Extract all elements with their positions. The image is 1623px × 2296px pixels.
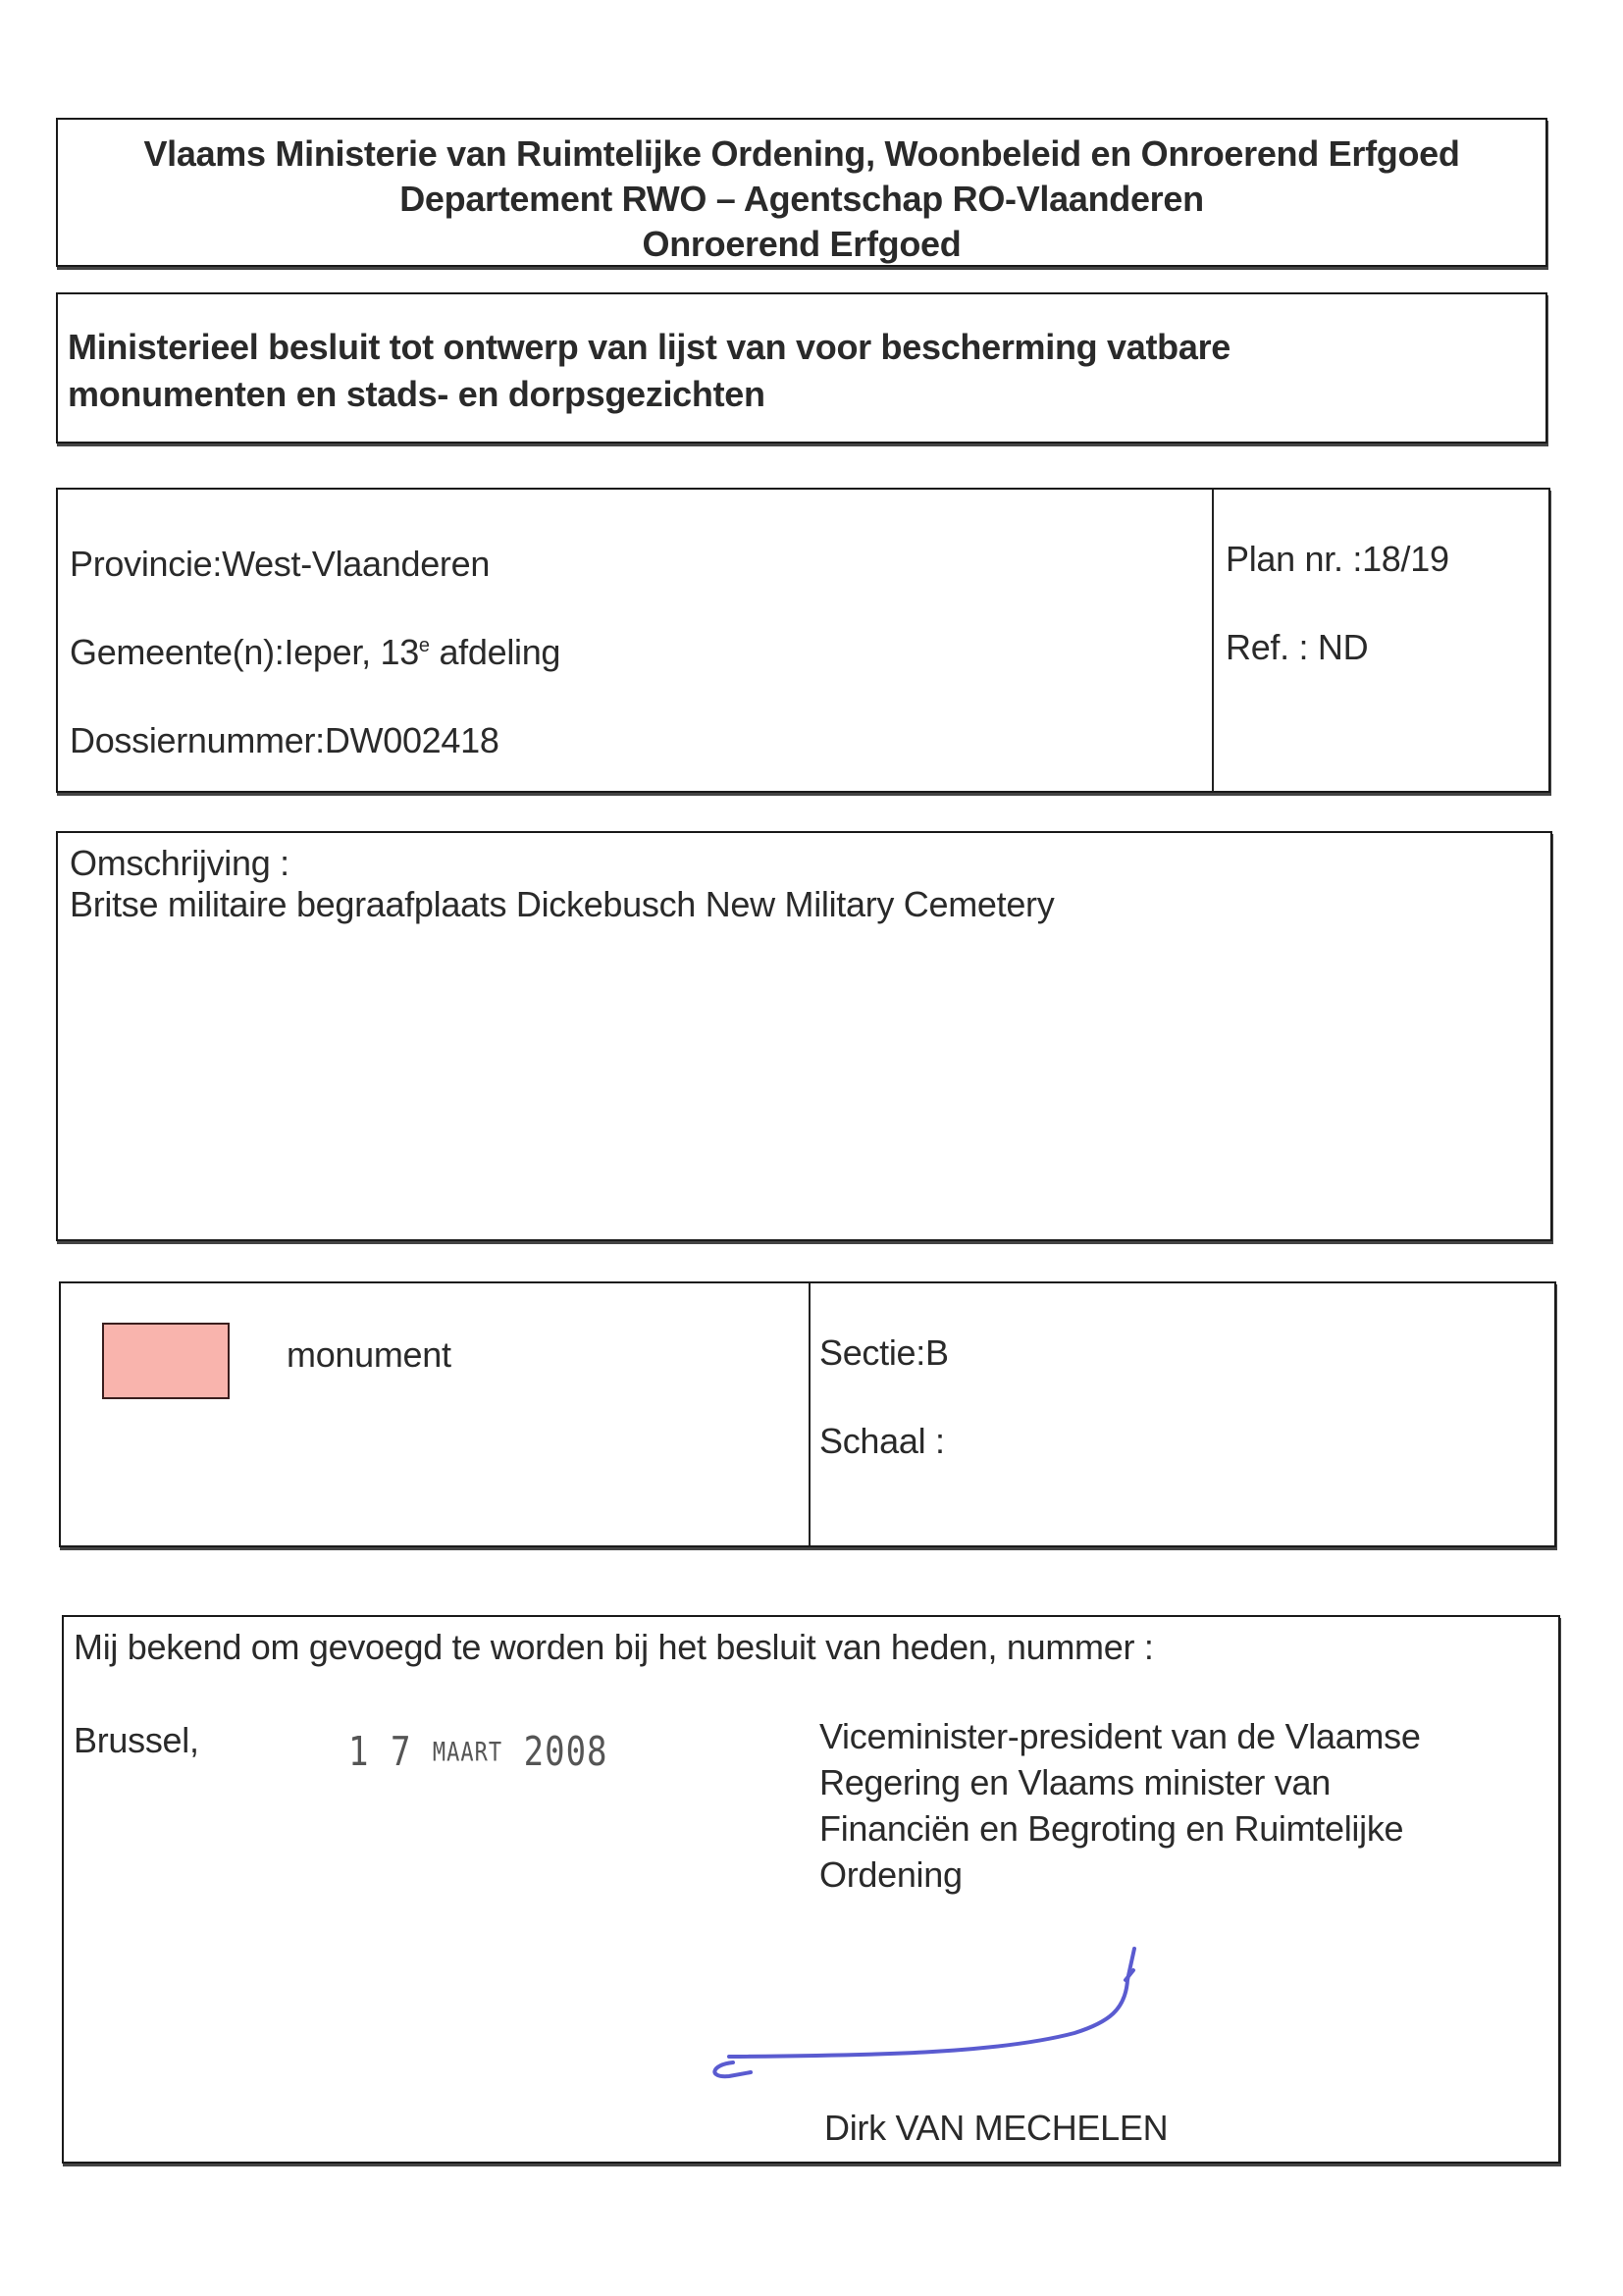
role-line-4: Ordening — [819, 1852, 1421, 1898]
location-box: Provincie:West-Vlaanderen Gemeente(n):Ie… — [56, 488, 1550, 793]
stamp-year: 2008 — [524, 1729, 608, 1776]
date-stamp: 1 7 MAART 2008 — [348, 1729, 608, 1776]
role-line-1: Viceminister-president van de Vlaamse — [819, 1713, 1421, 1759]
agency-name: Onroerend Erfgoed — [58, 222, 1545, 267]
stamp-day: 1 7 — [348, 1729, 411, 1776]
department-name: Departement RWO – Agentschap RO-Vlaander… — [58, 177, 1545, 222]
signatory-role: Viceminister-president van de Vlaamse Re… — [819, 1713, 1421, 1898]
legend-box: monument Sectie:B Schaal : — [59, 1281, 1556, 1547]
ministry-header-text: Vlaams Ministerie van Ruimtelijke Ordeni… — [58, 120, 1545, 267]
gemeente-field: Gemeente(n):Ieper, 13e afdeling — [70, 632, 560, 673]
place-field: Brussel, — [74, 1720, 199, 1761]
gemeente-value: Gemeente(n):Ieper, 13 — [70, 632, 419, 672]
handwritten-signature — [672, 1941, 1182, 2098]
gemeente-superscript: e — [419, 635, 430, 656]
signature-box: Mij bekend om gevoegd te worden bij het … — [62, 1615, 1560, 2164]
monument-legend-label: monument — [287, 1334, 451, 1376]
role-line-2: Regering en Vlaams minister van — [819, 1759, 1421, 1805]
description-box: Omschrijving : Britse militaire begraafp… — [56, 831, 1552, 1241]
ministry-name: Vlaams Ministerie van Ruimtelijke Ordeni… — [58, 131, 1545, 177]
stamp-month: MAART — [433, 1739, 502, 1768]
signatory-name: Dirk VAN MECHELEN — [824, 2108, 1168, 2149]
decree-title-line-1: Ministerieel besluit tot ontwerp van lij… — [68, 324, 1545, 371]
plan-number-field: Plan nr. :18/19 — [1226, 539, 1449, 580]
monument-legend-swatch — [102, 1323, 230, 1399]
schaal-field: Schaal : — [819, 1421, 945, 1462]
description-text: Britse militaire begraafplaats Dickebusc… — [70, 884, 1054, 925]
description-label: Omschrijving : — [70, 843, 289, 884]
gemeente-suffix: afdeling — [430, 632, 560, 672]
decree-title: Ministerieel besluit tot ontwerp van lij… — [58, 294, 1545, 418]
reference-field: Ref. : ND — [1226, 627, 1368, 668]
decree-title-box: Ministerieel besluit tot ontwerp van lij… — [56, 292, 1547, 444]
legend-divider — [809, 1283, 811, 1545]
sectie-field: Sectie:B — [819, 1332, 949, 1374]
dossier-field: Dossiernummer:DW002418 — [70, 720, 499, 761]
role-line-3: Financiën en Begroting en Ruimtelijke — [819, 1805, 1421, 1852]
ministry-header: Vlaams Ministerie van Ruimtelijke Ordeni… — [56, 118, 1547, 267]
location-divider — [1212, 490, 1214, 791]
decree-title-line-2: monumenten en stads- en dorpsgezichten — [68, 371, 1545, 418]
statement-text: Mij bekend om gevoegd te worden bij het … — [74, 1627, 1154, 1668]
provincie-field: Provincie:West-Vlaanderen — [70, 544, 490, 585]
